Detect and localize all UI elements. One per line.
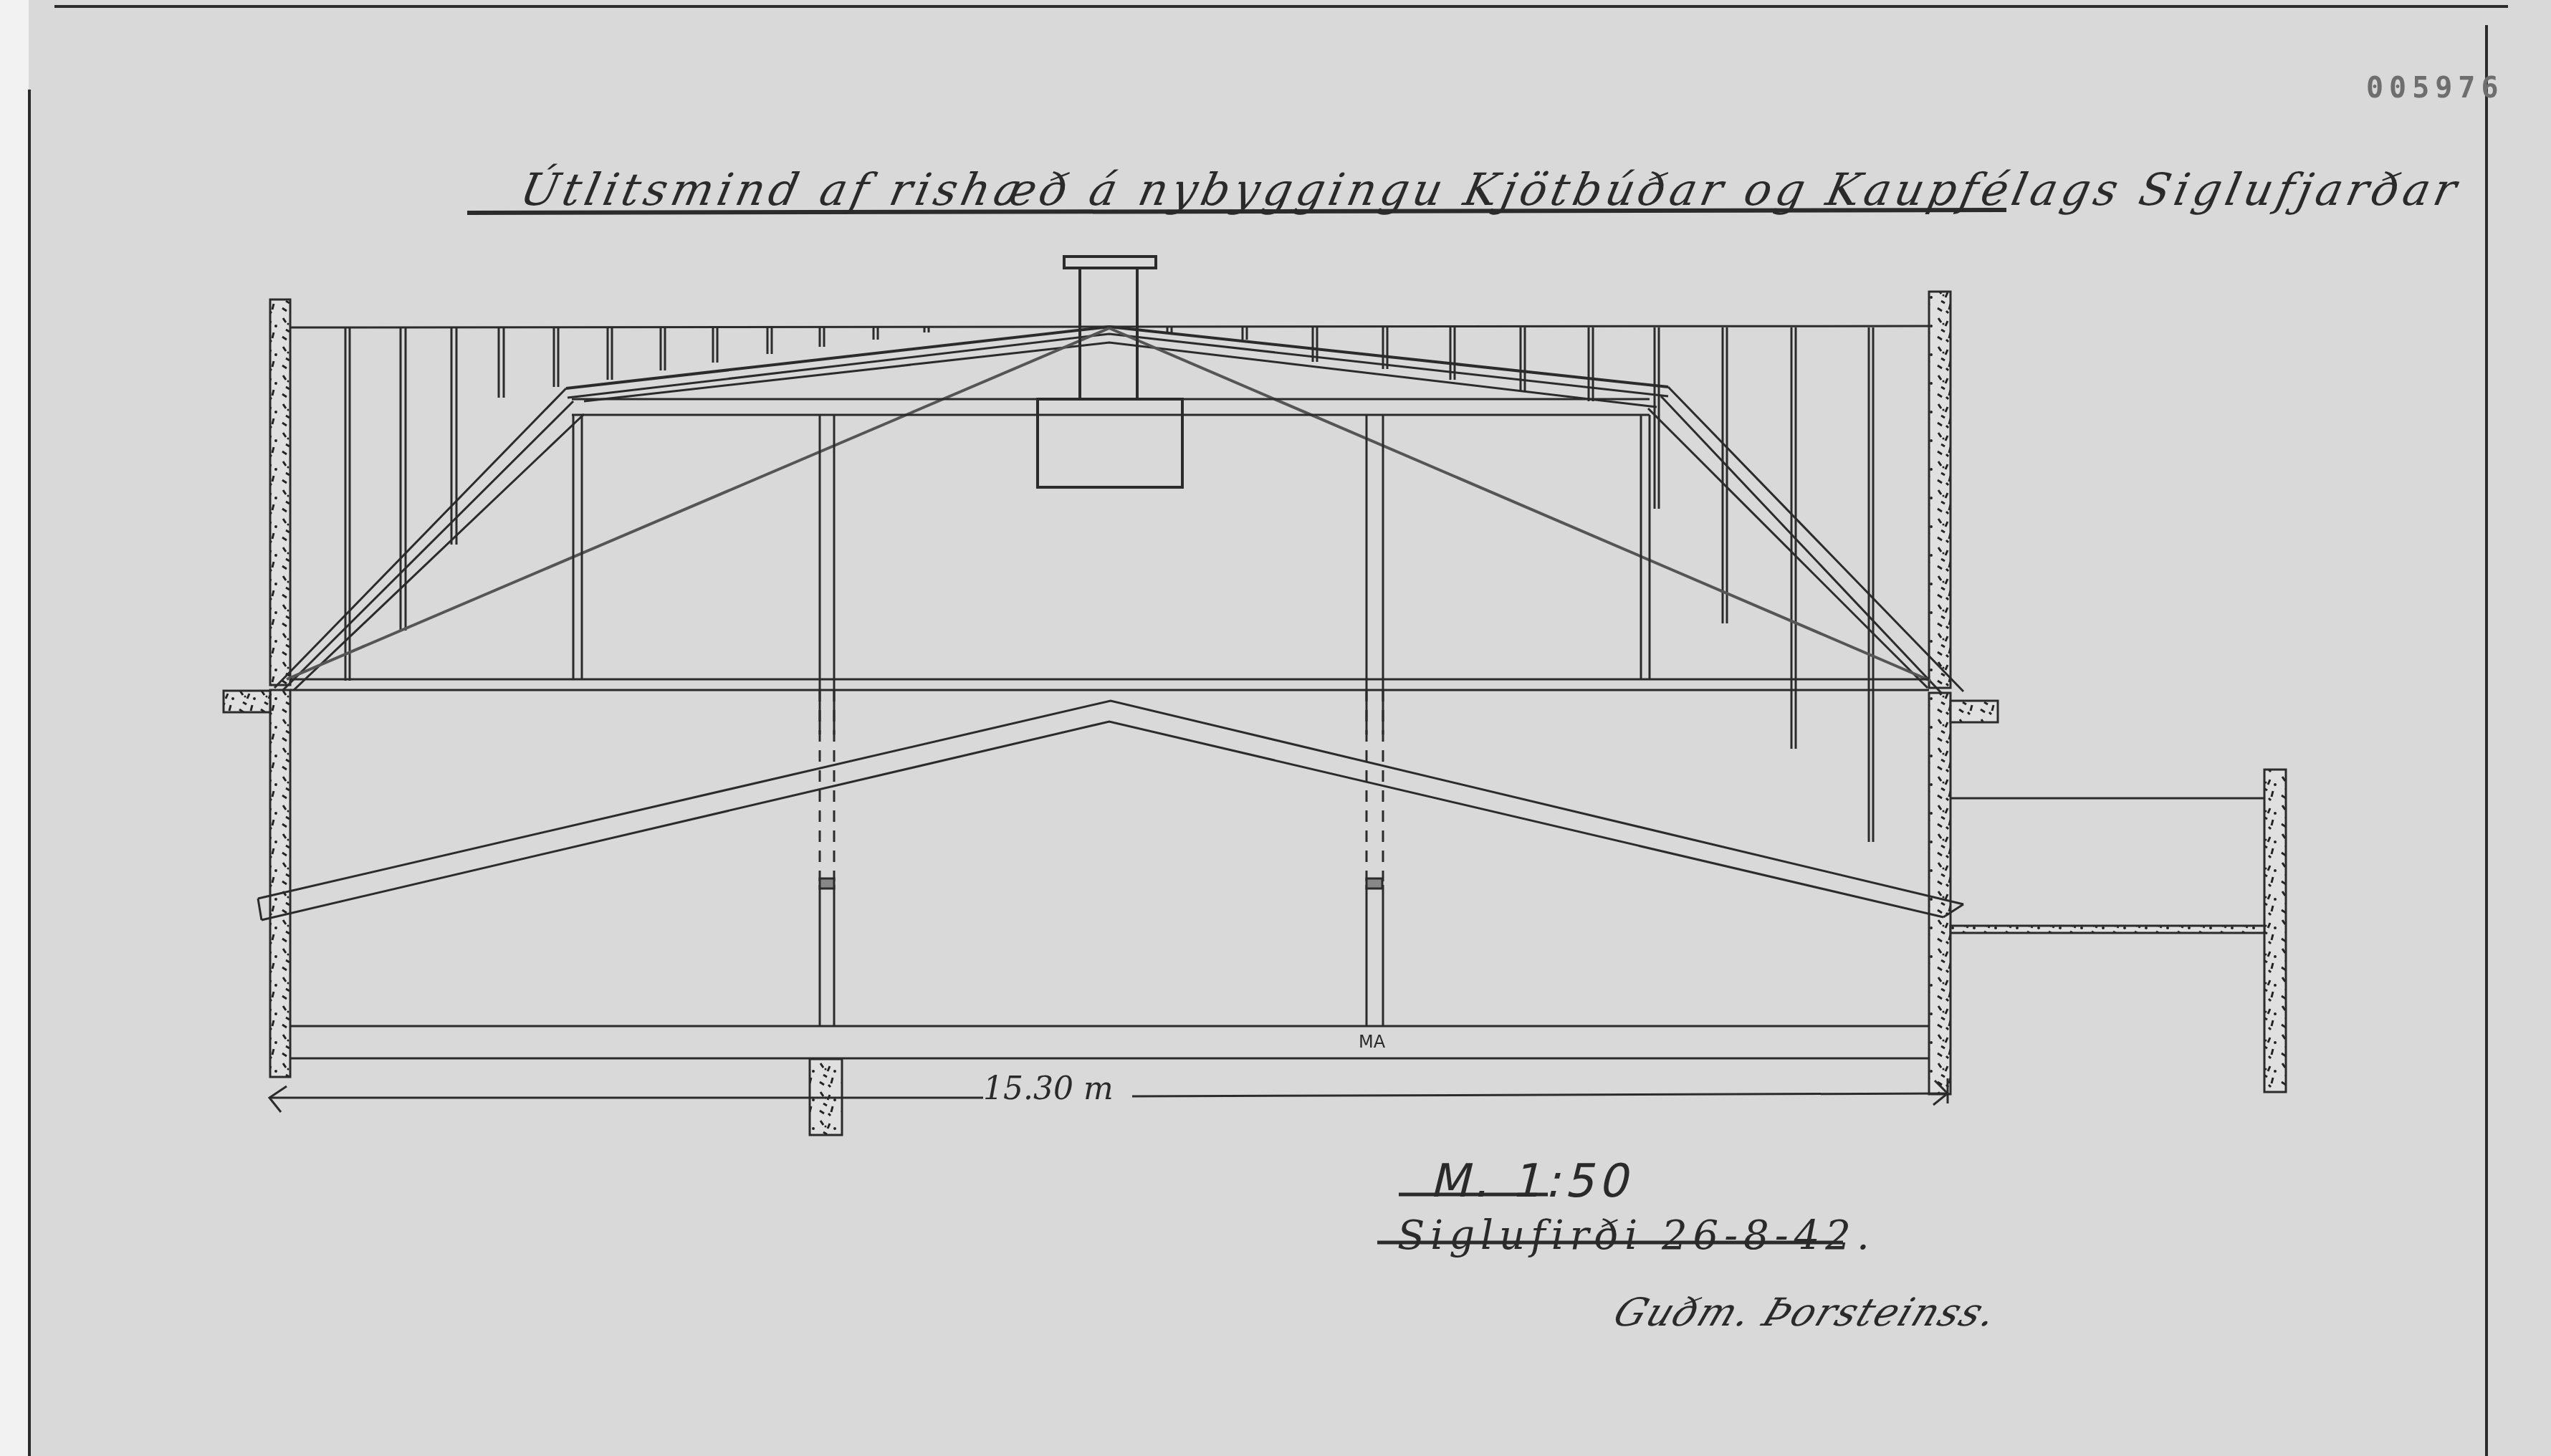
signature: Guðm. Þorsteinss. (1608, 1290, 2005, 1335)
drawing-title: Útlitsmind af rishæð á nybyggingu Kjötbú… (516, 163, 2466, 216)
right-wall (1929, 292, 1998, 1094)
drafter-mark: MA (1359, 1032, 1385, 1052)
sheet-border (29, 6, 2508, 1456)
roof-structure (274, 326, 1963, 1026)
place-date: Siglufirði 26-8-42. (1397, 1212, 1875, 1259)
roof-section-drawing (0, 0, 2551, 1456)
left-wall (224, 300, 290, 1077)
archive-number: 005976 (2366, 72, 2504, 105)
scale-label: M. 1:50 (1427, 1155, 1642, 1208)
chimney (1038, 257, 1182, 487)
dimension-label: 15.30 m (983, 1071, 1114, 1107)
blueprint-sheet: 005976 Útlitsmind af rishæð á nybyggingu… (0, 0, 2551, 1456)
annex-wall (1951, 770, 2286, 1092)
